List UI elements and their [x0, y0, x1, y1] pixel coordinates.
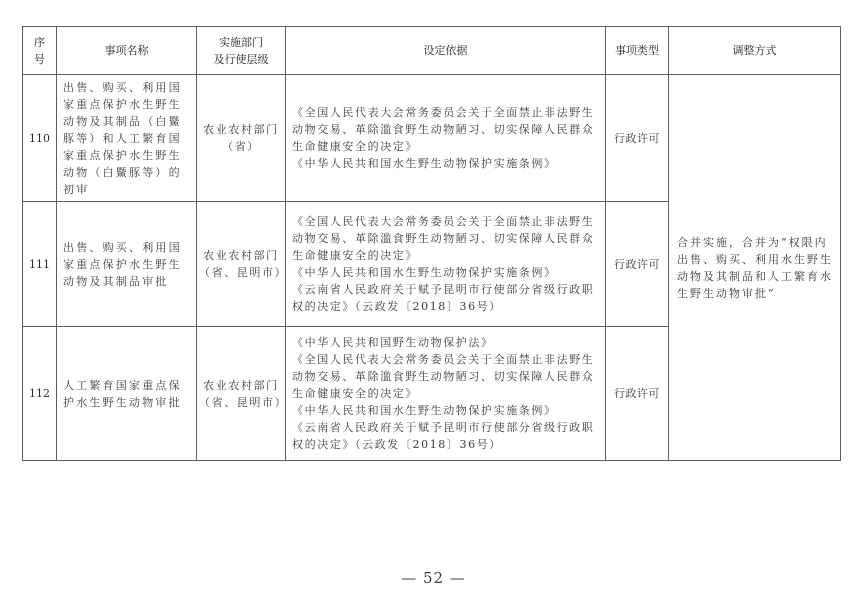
basis-entry: 《中华人民共和国水生野生动物保护实施条例》 — [292, 264, 602, 281]
basis-entry: 《全国人民代表大会常务委员会关于全面禁止非法野生动物交易、革除滥食野生动物陋习、… — [292, 213, 602, 264]
header-item-name: 事项名称 — [57, 27, 197, 75]
department: 农业农村部门 （省） — [197, 75, 286, 202]
basis-entry: 《全国人民代表大会常务委员会关于全面禁止非法野生动物交易、革除滥食野生动物陋习、… — [292, 351, 602, 402]
basis-entry: 《全国人民代表大会常务委员会关于全面禁止非法野生动物交易、革除滥食野生动物陋习、… — [292, 104, 602, 155]
row-number: 110 — [23, 75, 57, 202]
item-name: 出售、购买、利用国家重点保护水生野生动物及其制品（白鱀豚等）和人工繁育国家重点保… — [57, 75, 197, 202]
item-type: 行政许可 — [606, 75, 669, 202]
department: 农业农村部门 （省、昆明市） — [197, 202, 286, 327]
header-item-type: 事项类型 — [606, 27, 669, 75]
row-number: 112 — [23, 327, 57, 461]
row-number: 111 — [23, 202, 57, 327]
page-number: — 52 — — [0, 569, 867, 587]
legal-basis: 《全国人民代表大会常务委员会关于全面禁止非法野生动物交易、革除滥食野生动物陋习、… — [286, 202, 606, 327]
legal-basis: 《中华人民共和国野生动物保护法》 《全国人民代表大会常务委员会关于全面禁止非法野… — [286, 327, 606, 461]
header-adjustment: 调整方式 — [669, 27, 841, 75]
basis-entry: 《中华人民共和国水生野生动物保护实施条例》 — [292, 402, 602, 419]
basis-entry: 《中华人民共和国野生动物保护法》 — [292, 334, 602, 351]
header-serial-number: 序 号 — [23, 27, 57, 75]
item-type: 行政许可 — [606, 202, 669, 327]
items-table: 序 号 事项名称 实施部门 及行使层级 设定依据 事项类型 调整方式 110 出… — [22, 26, 841, 461]
legal-basis: 《全国人民代表大会常务委员会关于全面禁止非法野生动物交易、革除滥食野生动物陋习、… — [286, 75, 606, 202]
table-row: 110 出售、购买、利用国家重点保护水生野生动物及其制品（白鱀豚等）和人工繁育国… — [23, 75, 841, 202]
basis-entry: 《云南省人民政府关于赋予昆明市行使部分省级行政职权的决定》（云政发〔2018〕3… — [292, 281, 602, 315]
department: 农业农村部门 （省、昆明市） — [197, 327, 286, 461]
item-name: 出售、购买、利用国家重点保护水生野生动物及其制品审批 — [57, 202, 197, 327]
item-name: 人工繁育国家重点保护水生野生动物审批 — [57, 327, 197, 461]
item-type: 行政许可 — [606, 327, 669, 461]
header-legal-basis: 设定依据 — [286, 27, 606, 75]
basis-entry: 《中华人民共和国水生野生动物保护实施条例》 — [292, 155, 602, 172]
table-header-row: 序 号 事项名称 实施部门 及行使层级 设定依据 事项类型 调整方式 — [23, 27, 841, 75]
header-department: 实施部门 及行使层级 — [197, 27, 286, 75]
basis-entry: 《云南省人民政府关于赋予昆明市行使部分省级行政职权的决定》（云政发〔2018〕3… — [292, 419, 602, 453]
adjustment-method: 合并实施，合并为“权限内出售、购买、利用水生野生动物及其制品和人工繁育水生野生动… — [669, 75, 841, 461]
